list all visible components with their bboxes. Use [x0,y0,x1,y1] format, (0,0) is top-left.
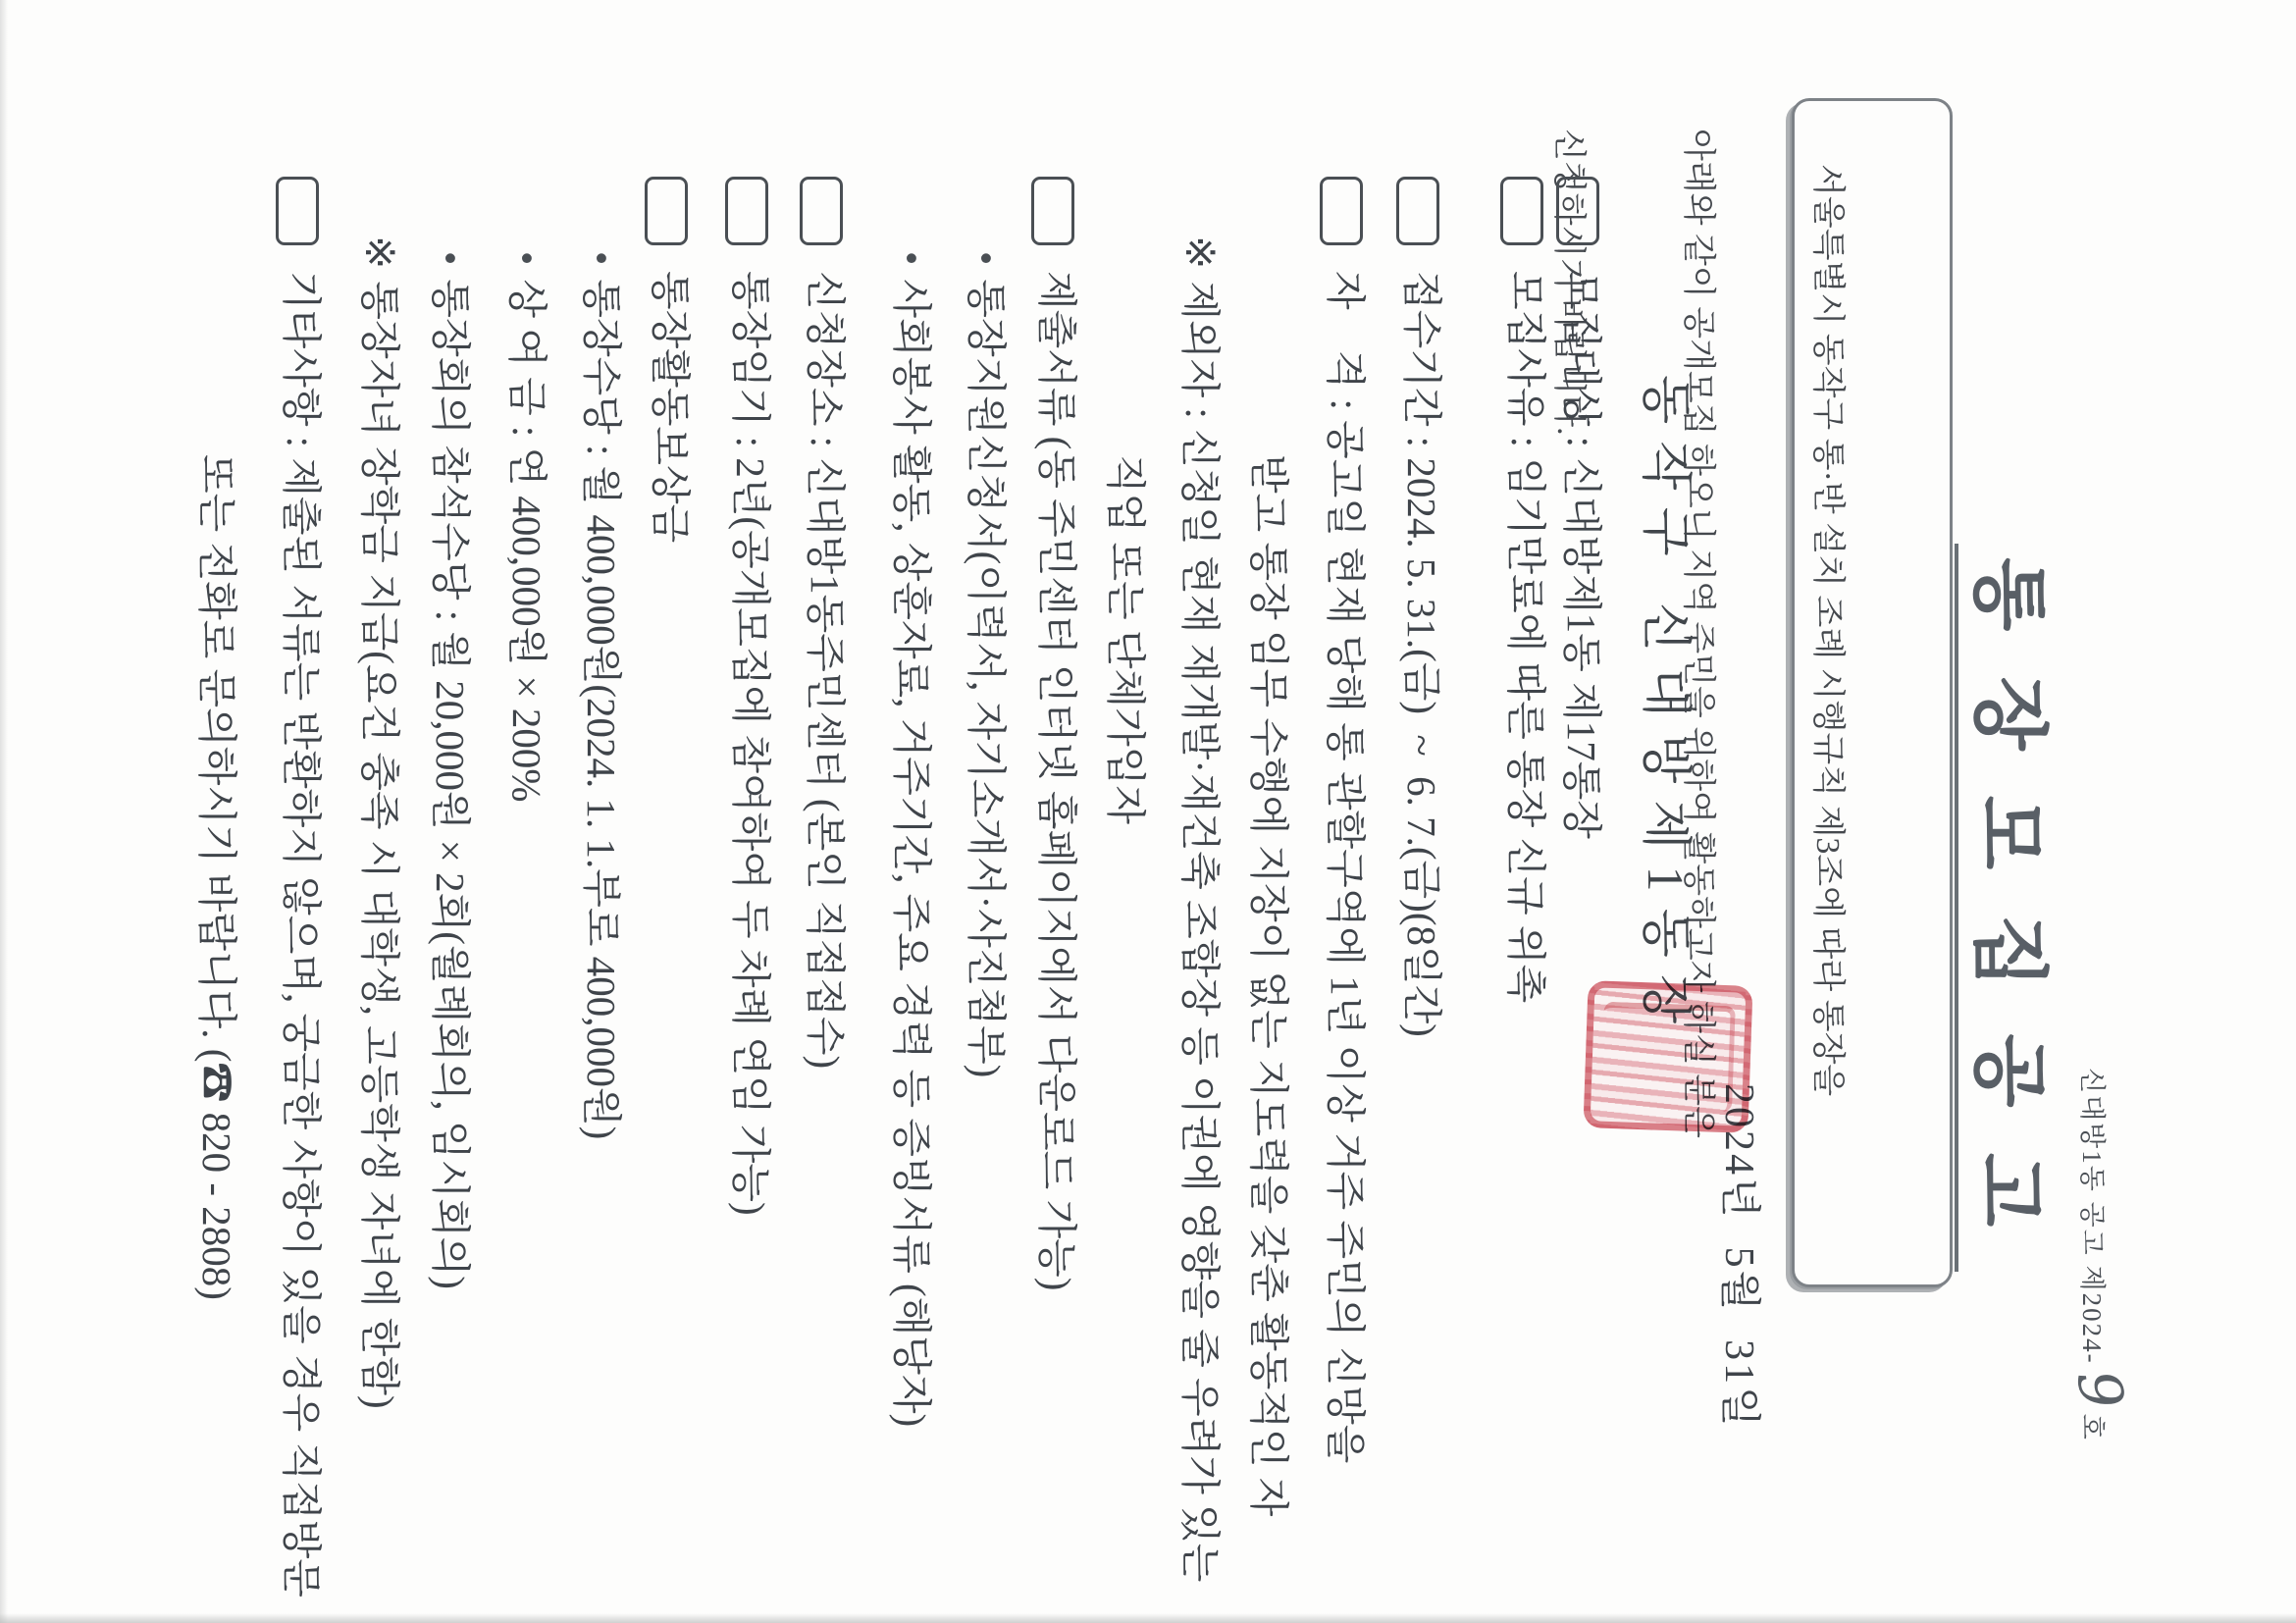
notice-number-prefix: 신대방1동 공고 제2024- [2075,1068,2113,1365]
checkbox-icon [800,177,843,245]
item-row-term: 통장임기 : 2년(공개모집에 참여하여 두 차례 연임 가능) [725,177,773,1216]
item-row-excluded: ※ 제외자 : 신청일 현재 재개발·재건축 조합장 등 이권에 영향을 줄 우… [1176,236,1223,1582]
asterisk-mark-icon: ※ [356,236,402,269]
official-red-seal-icon [1583,980,1752,1133]
item-text: 통장자녀 장학금 지급(요건 충족 시 대학생, 고등학생 자녀에 한함) [356,281,402,1408]
item-row-scholarship: ※ 통장자녀 장학금 지급(요건 충족 시 대학생, 고등학생 자녀에 한함) [356,236,402,1409]
item-text: 통장회의 참석수당 : 월 20,000원 × 2회(월례회의, 임시회의) [427,279,473,1289]
item-row-etc-cont: 또는 전화로 문의하시기 바랍니다. (☎ 820 - 2808) [193,454,239,1300]
item-row-recruit-reason: 모집사유 : 임기만료에 따른 통장 신규 위촉 [1500,177,1548,1003]
item-row-bonus: • 상 여 금 : 연 400,000원 × 200% [503,251,549,803]
intro-line: 서울특별시 동작구 통·반 설치 조례 시행규칙 제3조에 따라 통장을 [1805,129,1849,1257]
item-text: 통장지원신청서(이력서, 자기소개서·사진첨부) [963,279,1009,1077]
item-text: 상 여 금 : 연 400,000원 × 200% [503,279,549,802]
item-text: 접수기간 : 2024. 5. 31.(금) ~ 6. 7.(금)(8일간) [1398,271,1444,1037]
issuer-name: 동작구 신대방제1동장 [1634,375,1707,1040]
item-text: 통장임기 : 2년(공개모집에 참여하여 두 차례 연임 가능) [727,271,773,1216]
item-row-evidence-docs: • 사회봉사 활동, 상훈자료, 거주기간, 주요 경력 등 증빙서류 (해당자… [888,251,934,1427]
bullet-icon: • [888,251,934,265]
checkbox-icon [725,177,768,245]
item-row-qualification: 자 격 : 공고일 현재 당해 통 관할구역에 1년 이상 거주 주민의 신망을 [1320,177,1368,1463]
checkbox-icon [276,177,319,245]
bullet-icon: • [427,251,473,265]
asterisk-mark-icon: ※ [1176,236,1223,269]
handwritten-number: 9 [2077,1368,2121,1412]
item-text: 신청장소 : 신대방1동주민센터 (본인 직접접수) [802,271,848,1069]
checkbox-icon [645,177,688,245]
item-text: 통장활동보상금 [647,271,693,543]
item-text: 모집대상 : 신대방제1동 제17통장 [1558,271,1604,839]
item-row-allowance: • 통장수당 : 월 400,000원(2024. 1. 1.부로 400,00… [578,251,624,1139]
item-row-recruit-target: 모집대상 : 신대방제1동 제17통장 [1556,177,1604,839]
item-text: 사회봉사 활동, 상훈자료, 거주기간, 주요 경력 등 증빙서류 (해당자) [888,279,934,1427]
item-text: 직업 또는 단체가입자 [1102,454,1148,824]
bullet-icon: • [578,251,624,265]
item-text: 또는 전화로 문의하시기 바랍니다. (☎ 820 - 2808) [193,454,239,1300]
bullet-icon: • [963,251,1009,265]
intro-box: 서울특별시 동작구 통·반 설치 조례 시행규칙 제3조에 따라 통장을 아래와… [1792,98,1953,1287]
checkbox-icon [1556,177,1599,245]
bullet-icon: • [503,251,549,265]
checkbox-icon [1031,177,1074,245]
item-row-documents: 제출서류 (동 주민센터 인터넷 홈페이지에서 다운로드 가능) [1031,177,1079,1290]
item-text: 통장수당 : 월 400,000원(2024. 1. 1.부로 400,000원… [578,279,624,1139]
checkbox-icon [1320,177,1363,245]
item-text: 제외자 : 신청일 현재 재개발·재건축 조합장 등 이권에 영향을 줄 우려가… [1176,281,1223,1582]
item-text: 모집사유 : 임기만료에 따른 통장 신규 위촉 [1502,271,1548,1003]
item-row-compensation: 통장활동보상금 [645,177,693,543]
page-title: 통장모집공고 [1946,544,2047,1272]
notice-number: 신대방1동 공고 제2024- 9 호 [2075,1068,2113,1441]
announcement-date: 2024년 5월 31일 [1713,1083,1772,1430]
item-row-qualification-cont: 받고 통장 임무 수행에 지장이 없는 지도력을 갖춘 활동적인 자 [1245,454,1291,1516]
item-text: 받고 통장 임무 수행에 지장이 없는 지도력을 갖춘 활동적인 자 [1245,454,1291,1516]
item-row-application-period: 접수기간 : 2024. 5. 31.(금) ~ 6. 7.(금)(8일간) [1396,177,1444,1037]
item-text: 자 격 : 공고일 현재 당해 통 관할구역에 1년 이상 거주 주민의 신망을 [1322,271,1368,1463]
item-text: 기타사항 : 제출된 서류는 반환하지 않으며, 궁금한 사항이 있을 경우 직… [278,271,324,1597]
item-row-application-place: 신청장소 : 신대방1동주민센터 (본인 직접접수) [800,177,848,1069]
item-row-etc: 기타사항 : 제출된 서류는 반환하지 않으며, 궁금한 사항이 있을 경우 직… [276,177,324,1597]
scanned-notice-page: 신대방1동 공고 제2024- 9 호 통장모집공고 서울특별시 동작구 통·반… [0,0,2296,1623]
checkbox-icon [1396,177,1439,245]
item-text: 제출서류 (동 주민센터 인터넷 홈페이지에서 다운로드 가능) [1033,271,1079,1290]
item-row-excluded-cont: 직업 또는 단체가입자 [1102,454,1148,824]
item-row-application-form: • 통장지원신청서(이력서, 자기소개서·사진첨부) [963,251,1009,1077]
item-row-meeting-allowance: • 통장회의 참석수당 : 월 20,000원 × 2회(월례회의, 임시회의) [427,251,473,1289]
notice-number-suffix: 호 [2075,1414,2113,1441]
checkbox-icon [1500,177,1543,245]
